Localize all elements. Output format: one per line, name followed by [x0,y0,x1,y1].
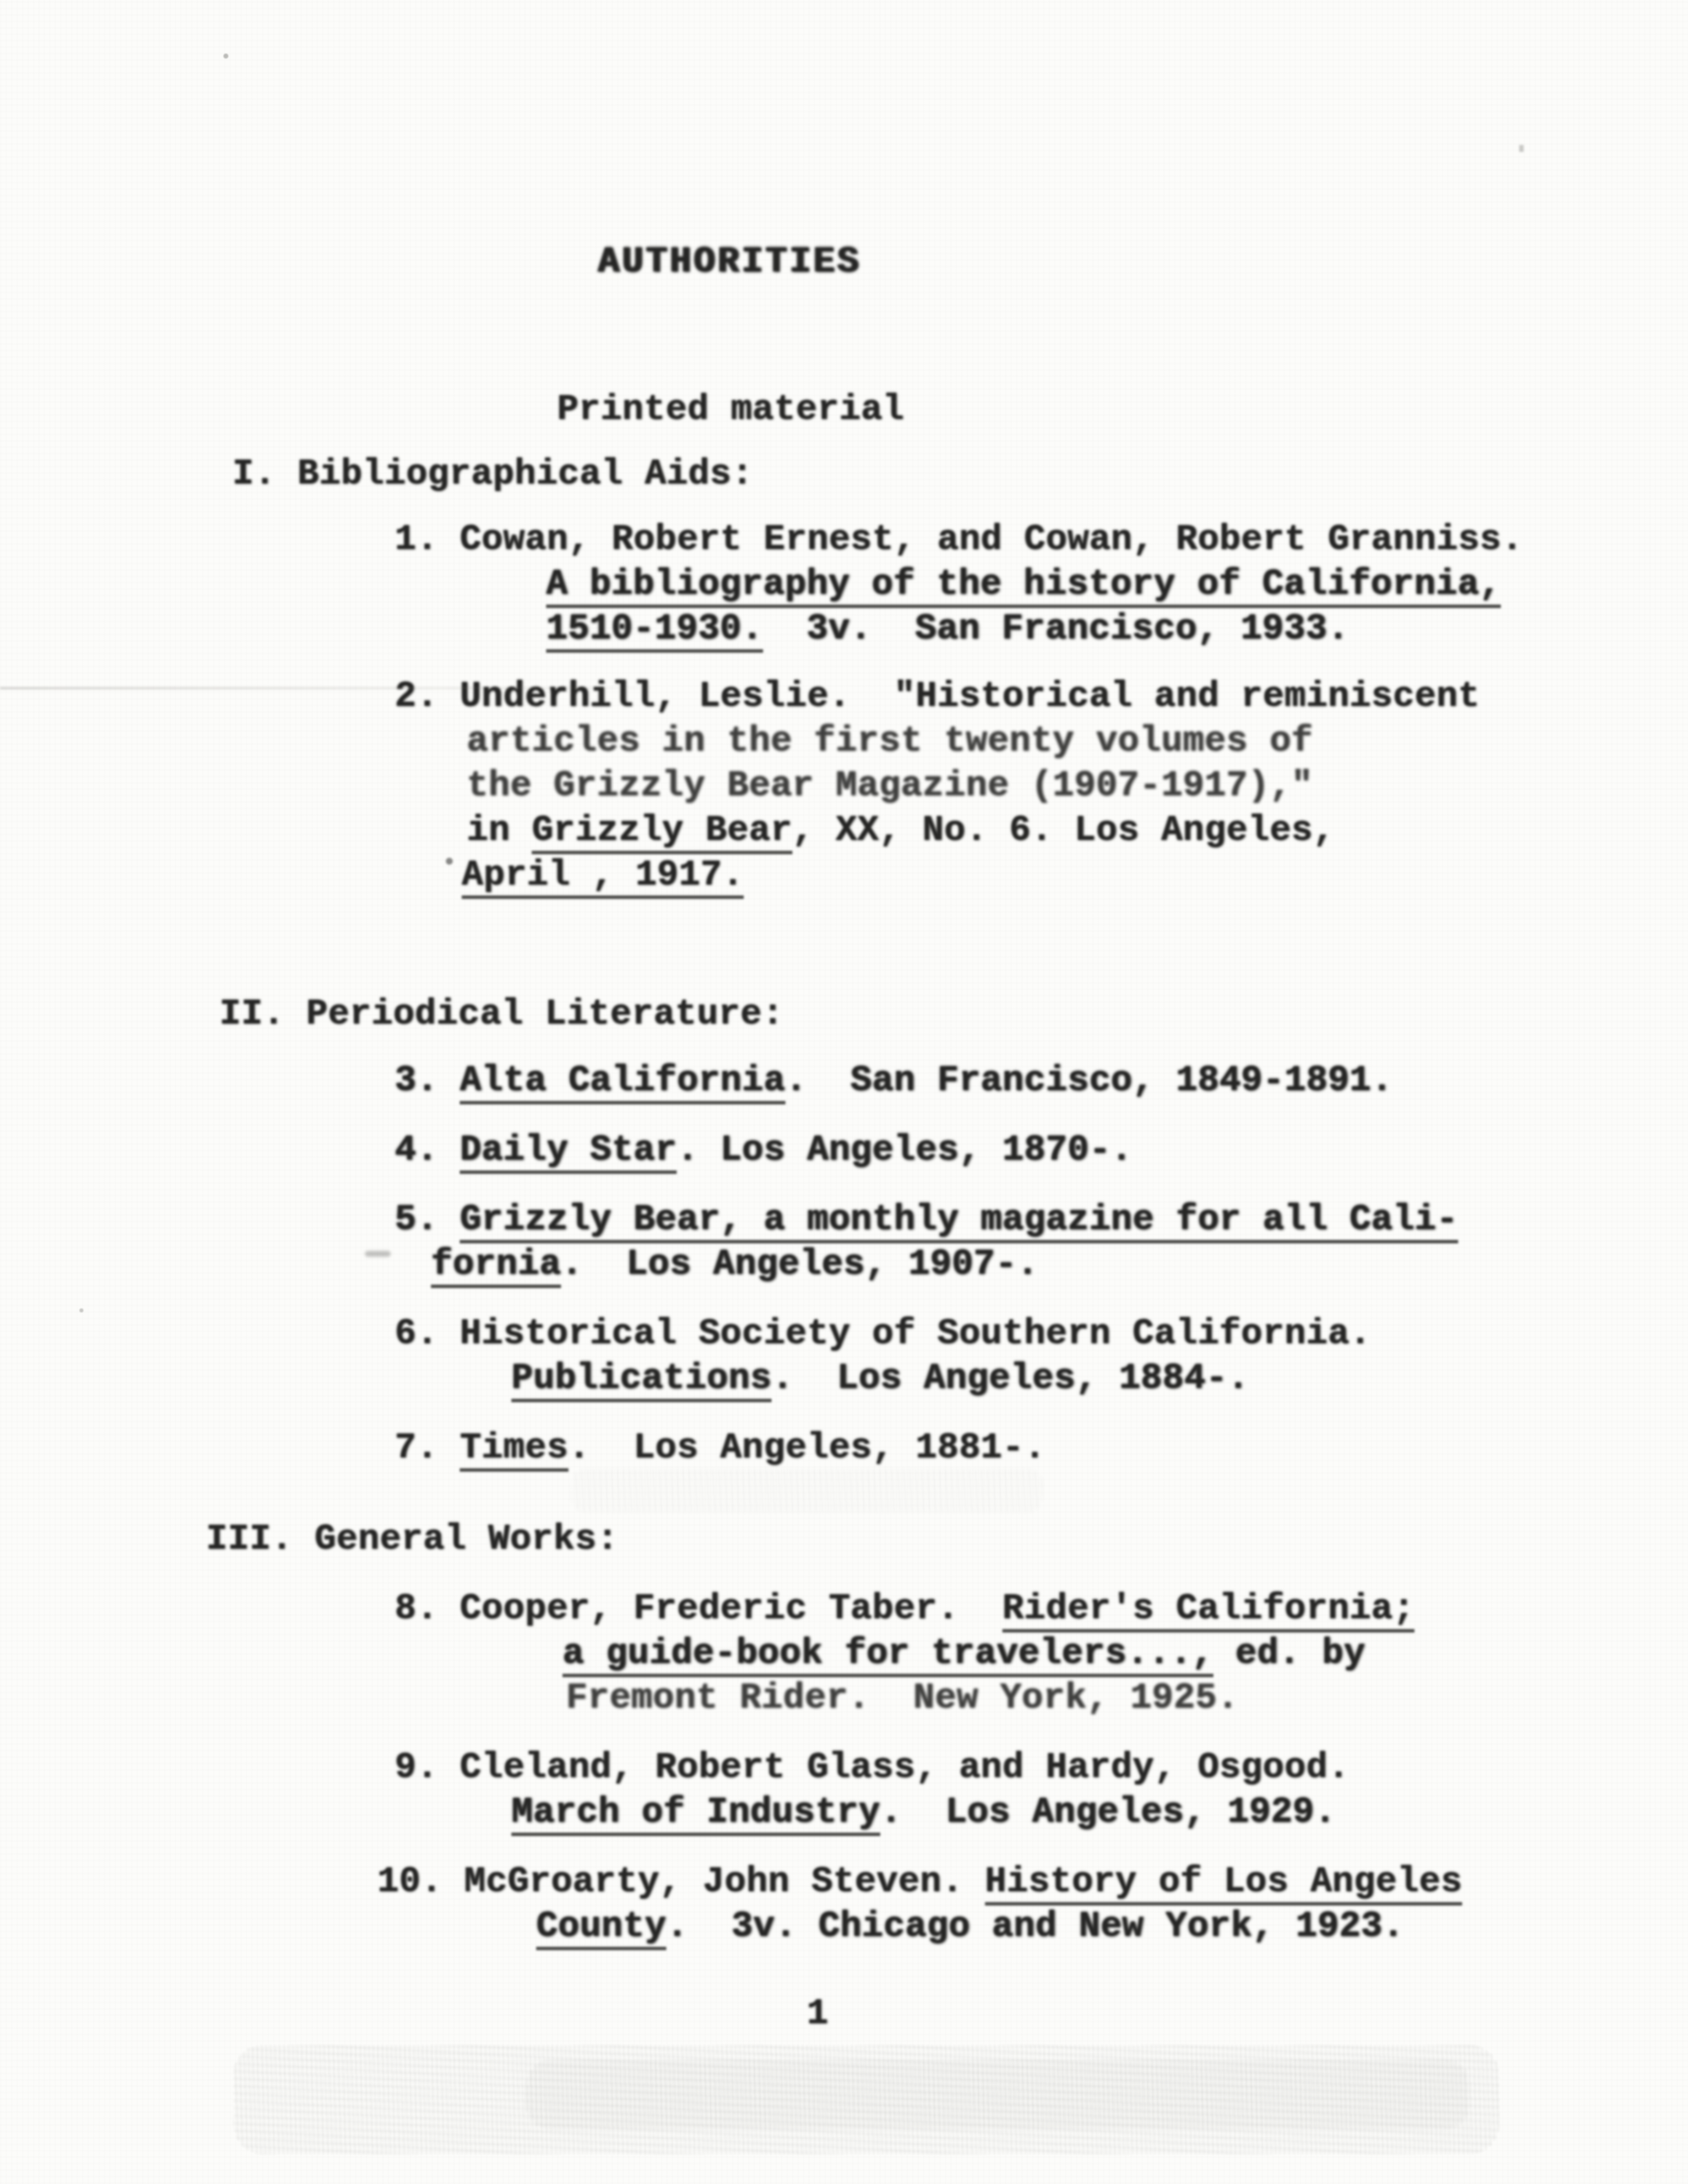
underlined-title-segment: fornia [431,1244,561,1288]
text-segment: , XX, No. 6. Los Angeles, [792,810,1335,851]
scan-smudge-artifact [233,2045,1499,2154]
entry-line: fornia. Los Angeles, 1907-. [431,1242,1039,1287]
entry-line: County. 3v. Chicago and New York, 1923. [536,1904,1404,1949]
text-segment: articles in the first twenty volumes of [467,721,1313,761]
text-segment: 10. McGroarty, John Steven. [377,1861,985,1902]
text-segment: . Los Angeles, 1870-. [677,1130,1132,1170]
entry-line: 7. Times. Los Angeles, 1881-. [395,1426,1046,1470]
text-segment: 5. [395,1199,460,1240]
text-segment: III. General Works: [206,1519,618,1560]
entry-line: 2. Underhill, Leslie. "Historical and re… [395,674,1479,719]
underlined-title-segment: County [536,1906,666,1950]
underlined-title-segment: Alta California [460,1060,785,1104]
text-segment: 1. Cowan, Robert Ernest, and Cowan, Robe… [395,519,1523,560]
text-segment: Fremont Rider. New York, 1925. [566,1678,1239,1718]
document-subtitle: Printed material [557,387,904,432]
underlined-title-segment: Daily Star [460,1130,677,1174]
entry-line: 9. Cleland, Robert Glass, and Hardy, Osg… [395,1745,1349,1790]
entry-line: the Grizzly Bear Magazine (1907-1917)," [467,763,1313,808]
ink-speck-artifact [365,1251,391,1257]
page-number: 1 [807,1991,829,2036]
section-heading: II. Periodical Literature: [219,992,783,1036]
entry-line: a guide-book for travelers..., ed. by [563,1631,1365,1676]
entry-line: 3. Alta California. San Francisco, 1849-… [395,1058,1393,1103]
text-segment: 8. Cooper, Frederic Taber. [395,1588,1002,1629]
ink-speck-artifact [1519,145,1524,152]
entry-line: 4. Daily Star. Los Angeles, 1870-. [395,1128,1132,1172]
entry-line: Publications. Los Angeles, 1884-. [511,1356,1249,1401]
entry-line: Fremont Rider. New York, 1925. [566,1676,1239,1720]
underlined-title-segment: Grizzly Bear, a monthly magazine for all… [460,1199,1458,1243]
text-segment: . 3v. Chicago and New York, 1923. [666,1906,1404,1947]
underlined-title-segment: History of Los Angeles [985,1861,1463,1906]
entry-line: in Grizzly Bear, XX, No. 6. Los Angeles, [467,808,1335,853]
text-segment: 3v. San Francisco, 1933. [763,609,1349,649]
entry-line: 1. Cowan, Robert Ernest, and Cowan, Robe… [395,517,1523,562]
text-segment: . San Francisco, 1849-1891. [785,1060,1393,1101]
text-segment: II. Periodical Literature: [219,994,783,1034]
document-title: AUTHORITIES [598,238,861,285]
entry-line: articles in the first twenty volumes of [467,719,1313,763]
section-heading: III. General Works: [206,1517,618,1562]
text-segment: I. Bibliographical Aids: [232,454,753,494]
entry-line: 6. Historical Society of Southern Califo… [395,1311,1371,1356]
underlined-title-segment: Publications [511,1358,772,1402]
text-segment: 2. Underhill, Leslie. "Historical and re… [395,676,1479,717]
text-segment: 3. [395,1060,460,1101]
underlined-title-segment: A bibliography of the history of Califor… [546,564,1501,608]
scan-smudge-artifact [571,1468,1043,1513]
entry-line: 1510-1930. 3v. San Francisco, 1933. [546,607,1349,651]
entry-line: 10. McGroarty, John Steven. History of L… [377,1859,1462,1904]
underlined-title-segment: March of Industry [511,1792,880,1836]
text-segment: . Los Angeles, 1881-. [568,1428,1046,1468]
text-segment: 9. Cleland, Robert Glass, and Hardy, Osg… [395,1747,1349,1788]
text-segment: ed. by [1213,1633,1365,1674]
scanned-document-page: AUTHORITIES Printed material I. Bibliogr… [0,0,1688,2184]
text-segment: . Los Angeles, 1884-. [772,1358,1249,1399]
entry-line: A bibliography of the history of Califor… [546,562,1501,607]
ink-speck-artifact [79,1308,83,1312]
underlined-title-segment: Times [460,1428,568,1472]
text-segment: . Los Angeles, 1907-. [561,1244,1039,1285]
entry-line: April , 1917. [462,853,744,897]
underlined-title-segment: a guide-book for travelers..., [563,1633,1213,1677]
text-segment: 4. [395,1130,460,1170]
underlined-title-segment: Grizzly Bear [532,810,792,854]
underlined-title-segment: 1510-1930. [546,609,763,653]
text-segment: 6. Historical Society of Southern Califo… [395,1313,1371,1354]
entry-line: 5. Grizzly Bear, a monthly magazine for … [395,1197,1458,1242]
underlined-title-segment: April , 1917. [462,855,744,899]
text-segment: 7. [395,1428,460,1468]
section-heading: I. Bibliographical Aids: [232,452,753,496]
ink-speck-artifact [223,54,228,59]
ink-speck-artifact [446,858,453,865]
text-segment: the Grizzly Bear Magazine (1907-1917)," [467,765,1313,806]
text-segment: . Los Angeles, 1929. [880,1792,1336,1833]
entry-line: March of Industry. Los Angeles, 1929. [511,1790,1336,1835]
scan-smudge-artifact [526,2060,1470,2129]
underlined-title-segment: Rider's California; [1002,1588,1414,1633]
text-segment: in [467,810,532,851]
entry-line: 8. Cooper, Frederic Taber. Rider's Calif… [395,1586,1414,1631]
